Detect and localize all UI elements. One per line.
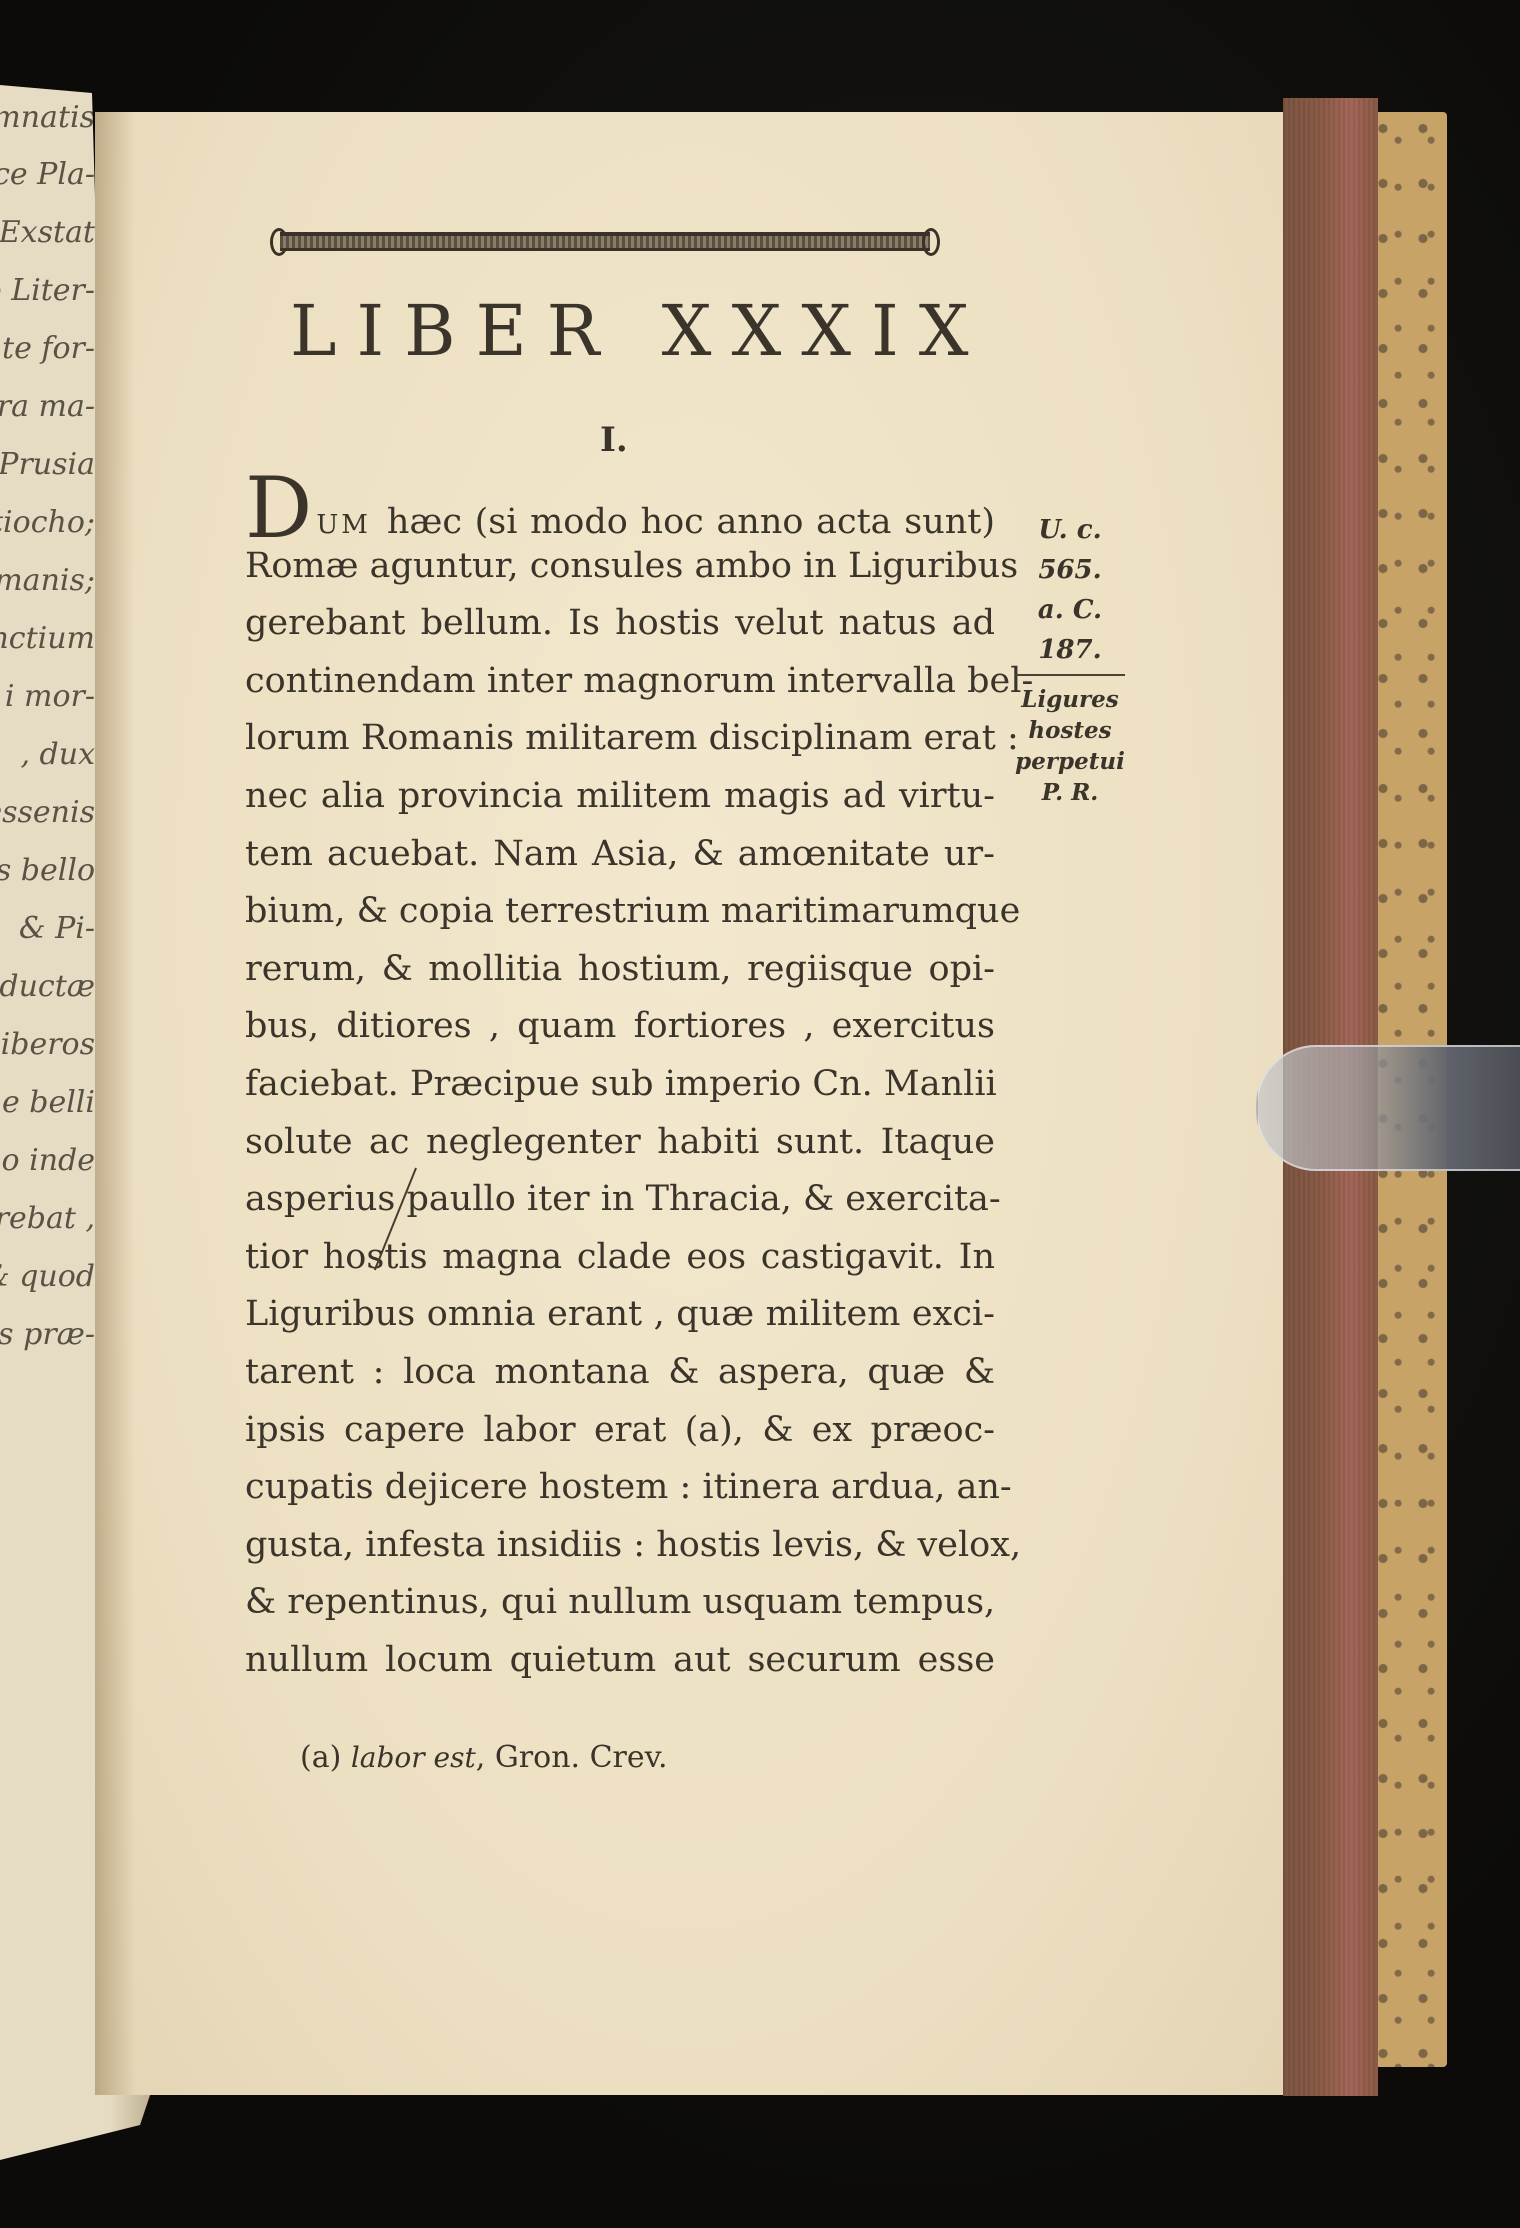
- text-line: lorum Romanis militarem disciplinam erat…: [245, 710, 995, 768]
- letter-opener-blade: [1256, 1045, 1520, 1171]
- text-line: nec alia provincia militem magis ad virt…: [245, 768, 995, 826]
- text-line: cupatis dejicere hostem : itinera ardua,…: [245, 1459, 995, 1517]
- text-line: DUMhæc (si modo hoc anno acta sunt): [245, 480, 995, 538]
- text-line: Liguribus omnia erant , quæ militem exci…: [245, 1286, 995, 1344]
- text-line: gusta, infesta insidiis : hostis levis, …: [245, 1517, 995, 1575]
- text-line: tem acuebat. Nam Asia, & amœnitate ur-: [245, 826, 995, 884]
- text-line: tarent : loca montana & aspera, quæ &: [245, 1344, 995, 1402]
- book-heading: LIBER XXXIX: [290, 290, 989, 372]
- text-line: bium, & copia terrestrium maritimarumque: [245, 883, 995, 941]
- text-line: solute ac neglegenter habiti sunt. Itaqu…: [245, 1114, 995, 1172]
- text-line: rerum, & mollitia hostium, regiisque opi…: [245, 941, 995, 999]
- left-line: o inde: [2, 1143, 95, 1178]
- text-line: gerebant bellum. Is hostis velut natus a…: [245, 595, 995, 653]
- text-line: ipsis capere labor erat (a), & ex præoc-: [245, 1402, 995, 1460]
- margin-note: U. c. 565. a. C. 187. Ligures hostes per…: [1005, 510, 1135, 808]
- left-line: manis;: [0, 563, 95, 598]
- gutter-shadow: [95, 112, 135, 2095]
- left-line: ue belli: [0, 1085, 95, 1120]
- left-line: era ma-: [0, 389, 95, 424]
- text-line: Romæ aguntur, consules ambo in Liguribus: [245, 538, 995, 596]
- left-line: liberos: [0, 1027, 95, 1062]
- left-line: deductæ: [0, 969, 95, 1004]
- left-line: nte for-: [0, 331, 95, 366]
- left-line: essenis: [0, 795, 95, 830]
- left-line: i mor-: [5, 679, 95, 714]
- left-line: Exstat: [0, 215, 95, 250]
- left-line: ntiocho;: [0, 505, 95, 540]
- footnote: (a) labor est, Gron. Crev.: [300, 1740, 668, 1775]
- left-line: o Liter-: [0, 273, 95, 308]
- left-line: cis præ-: [0, 1317, 95, 1352]
- left-line: Prusia: [0, 447, 95, 482]
- left-line: & Pi-: [19, 911, 95, 946]
- chapter-number: I.: [600, 420, 628, 460]
- left-line: rebat ,: [0, 1201, 95, 1236]
- margin-rule: [1015, 674, 1125, 676]
- left-line: amnatis: [0, 100, 95, 135]
- main-text: DUMhæc (si modo hoc anno acta sunt) Romæ…: [245, 480, 995, 1689]
- text-line: & repentinus, qui nullum usquam tempus,: [245, 1574, 995, 1632]
- left-line: , dux: [20, 737, 95, 772]
- left-line: s bello: [0, 853, 95, 888]
- text-line: continendam inter magnorum intervalla be…: [245, 653, 995, 711]
- left-line: ice Pla-: [0, 157, 95, 192]
- text-line: nullum locum quietum aut securum esse: [245, 1632, 995, 1690]
- headpiece-ornament: [270, 228, 940, 250]
- text-line: tior hostis magna clade eos castigavit. …: [245, 1229, 995, 1287]
- text-line: asperius paullo iter in Thracia, & exerc…: [245, 1171, 995, 1229]
- left-line: nctium: [0, 621, 95, 656]
- left-line: & quod: [0, 1259, 95, 1294]
- text-line: faciebat. Præcipue sub imperio Cn. Manli…: [245, 1056, 995, 1114]
- text-line: bus, ditiores , quam fortiores , exercit…: [245, 998, 995, 1056]
